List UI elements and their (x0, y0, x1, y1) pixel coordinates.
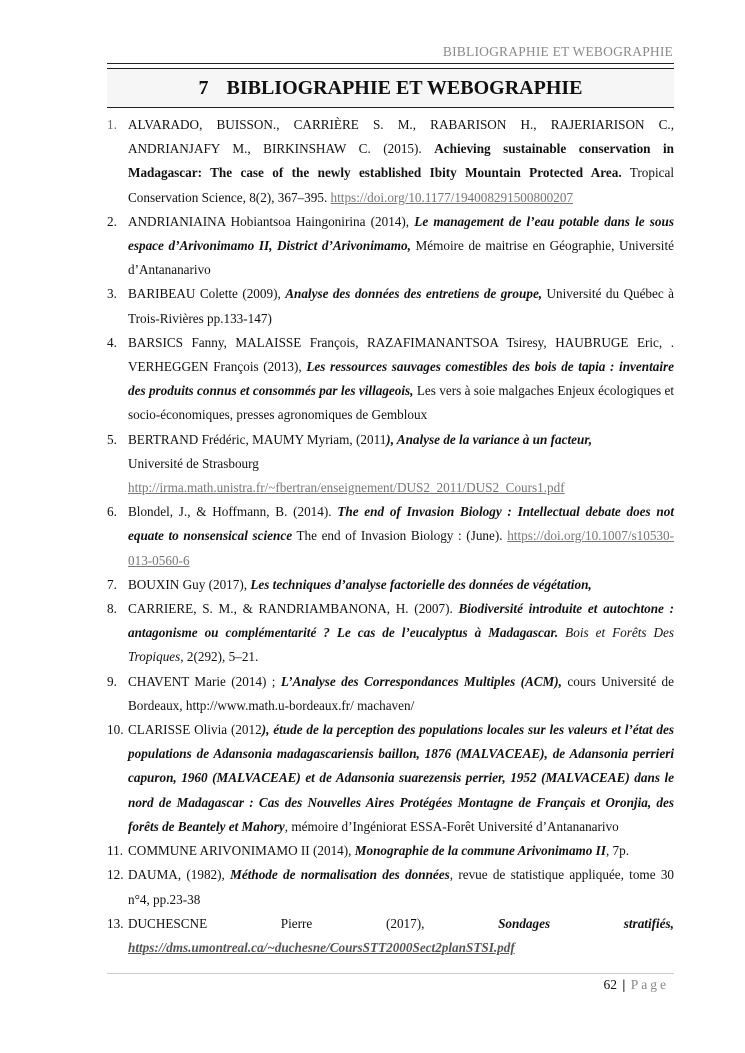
header-rule (107, 63, 674, 64)
bibliography-entry-1: 1.ALVARADO, BUISSON., CARRIÈRE S. M., RA… (107, 113, 674, 210)
bibliography-entry-13: 13. DUCHESCNE Pierre (2017), Sondages st… (107, 912, 674, 960)
bibliography-entry-12: 12.DAUMA, (1982), Méthode de normalisati… (107, 863, 674, 911)
bibliography-list: 1.ALVARADO, BUISSON., CARRIÈRE S. M., RA… (107, 113, 674, 960)
bibliography-entry-9: 9.CHAVENT Marie (2014) ; L’Analyse des C… (107, 670, 674, 718)
page-number: 62 (604, 977, 618, 992)
footer-rule (107, 973, 674, 974)
url-link[interactable]: https://dms.umontreal.ca/~duchesne/Cours… (128, 940, 515, 955)
section-title-text: BIBLIOGRAPHIE ET WEBOGRAPHIE (226, 77, 582, 99)
section-title-box: 7BIBLIOGRAPHIE ET WEBOGRAPHIE (107, 68, 674, 108)
bibliography-entry-8: 8.CARRIERE, S. M., & RANDRIAMBANONA, H. … (107, 597, 674, 670)
bibliography-entry-10: 10.CLARISSE Olivia (2012), étude de la p… (107, 718, 674, 839)
page-footer: 62 | Page (604, 977, 669, 993)
doi-link[interactable]: https://doi.org/10.1177/1940082915008002… (331, 190, 574, 205)
section-number: 7 (198, 77, 208, 99)
bibliography-entry-7: 7.BOUXIN Guy (2017), Les techniques d’an… (107, 573, 674, 597)
bibliography-entry-11: 11.COMMUNE ARIVONIMAMO II (2014), Monogr… (107, 839, 674, 863)
url-link[interactable]: http://irma.math.unistra.fr/~fbertran/en… (128, 480, 565, 495)
bibliography-entry-6: 6.Blondel, J., & Hoffmann, B. (2014). Th… (107, 500, 674, 573)
section-title: 7BIBLIOGRAPHIE ET WEBOGRAPHIE (198, 77, 582, 100)
running-header: BIBLIOGRAPHIE ET WEBOGRAPHIE (443, 44, 673, 60)
bibliography-entry-4: 4.BARSICS Fanny, MALAISSE François, RAZA… (107, 331, 674, 428)
bibliography-entry-3: 3.BARIBEAU Colette (2009), Analyse des d… (107, 282, 674, 330)
bibliography-entry-5: 5.BERTRAND Frédéric, MAUMY Myriam, (2011… (107, 428, 674, 501)
bibliography-entry-2: 2.ANDRIANIAINA Hobiantsoa Haingonirina (… (107, 210, 674, 283)
footer-separator: | (622, 977, 625, 992)
page-label: Page (631, 977, 669, 992)
entry-13-first-line: DUCHESCNE Pierre (2017), Sondages strati… (128, 912, 674, 936)
